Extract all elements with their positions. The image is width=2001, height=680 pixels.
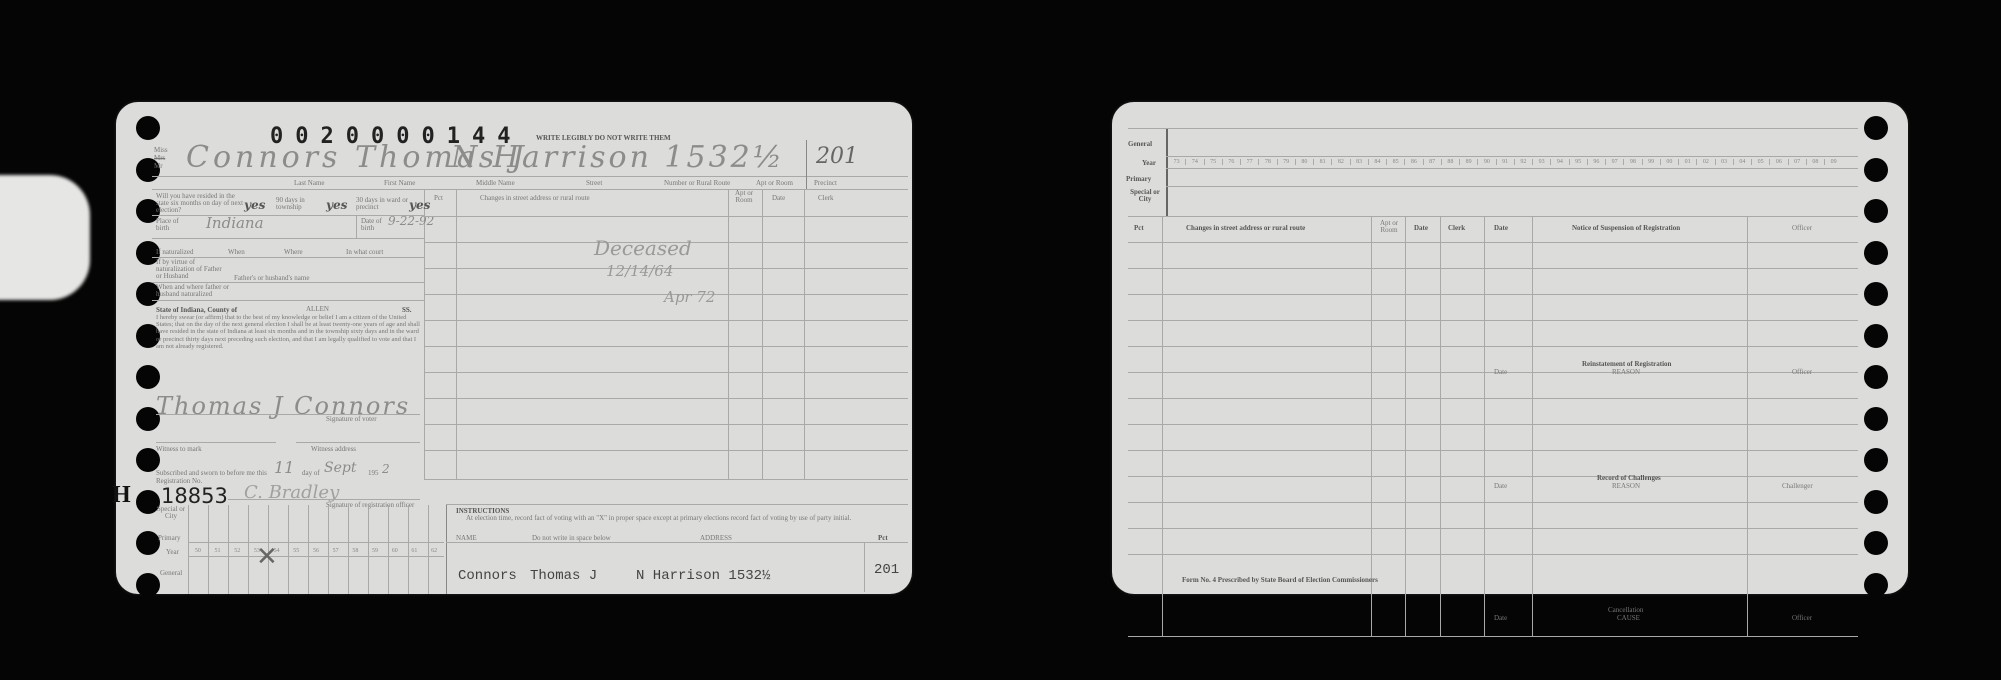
- year-cell: 00: [1661, 159, 1679, 165]
- year-cell: 56: [306, 548, 326, 554]
- punch-hole: [136, 116, 160, 140]
- punch-hole: [1864, 158, 1888, 182]
- year-cell: 89: [1460, 159, 1478, 165]
- year-cell: 93: [1533, 159, 1551, 165]
- naturalization-father-label: If by virtue of naturalization of Father…: [156, 259, 226, 280]
- oath-state-line: State of Indiana, County of: [156, 306, 237, 314]
- year-cell: 51: [208, 548, 228, 554]
- instructions-col-address: ADDRESS: [700, 534, 732, 542]
- punch-hole: [1864, 573, 1888, 597]
- year-cell: 82: [1332, 159, 1350, 165]
- naturalized-court-label: In what court: [346, 248, 383, 256]
- reinstatement-reason-label: REASON: [1612, 368, 1640, 376]
- year-cell: 75: [1205, 159, 1223, 165]
- suspension-date-label: Date: [1494, 224, 1508, 232]
- year-cell: 74: [1186, 159, 1204, 165]
- col-apt: Apt or Room: [756, 179, 793, 187]
- challenges-title: Record of Challenges: [1597, 474, 1661, 482]
- punch-hole: [1864, 324, 1888, 348]
- col-number: Number or Rural Route: [664, 179, 730, 187]
- address-handwritten: N Harrison 1532½: [451, 140, 785, 175]
- challenges-reason-label: REASON: [1612, 482, 1640, 490]
- subscribed-text: Subscribed and sworn to before me this: [156, 469, 267, 477]
- instructions-text: At election time, record fact of voting …: [466, 515, 886, 522]
- changes-col-pct: Pct: [434, 194, 443, 202]
- punch-hole: [1864, 531, 1888, 555]
- instructions-col-name: NAME: [456, 534, 477, 542]
- form-footer: Form No. 4 Prescribed by State Board of …: [1182, 576, 1378, 584]
- back-changes-col-pct: Pct: [1134, 224, 1144, 232]
- voter-registration-card-front: 0020000144 WRITE LEGIBLY DO NOT WRITE TH…: [116, 102, 912, 594]
- year-cell: 94: [1551, 159, 1569, 165]
- col-street: Street: [586, 179, 602, 187]
- year-cell: 85: [1387, 159, 1405, 165]
- officer-signature-label: Signature of registration officer: [326, 501, 414, 509]
- oath-county: ALLEN: [306, 305, 329, 313]
- naturalized-when-label: When: [228, 248, 245, 256]
- oath-ss: SS.: [402, 306, 412, 314]
- punch-hole: [136, 365, 160, 389]
- punch-hole: [1864, 365, 1888, 389]
- year-cell: 07: [1789, 159, 1807, 165]
- voter-registration-card-back: General Year Primary Special or City 737…: [1112, 102, 1908, 594]
- reinstatement-date-label: Date: [1494, 368, 1507, 376]
- prefix-mr: Mr: [154, 162, 168, 170]
- col-precinct: Precinct: [814, 179, 837, 187]
- punch-hole: [1864, 448, 1888, 472]
- punch-hole: [1864, 490, 1888, 514]
- papers-label: When and where father or husband natural…: [156, 284, 246, 298]
- grid-year-label: Year: [166, 548, 179, 556]
- back-changes-col-apt: Apt or Room: [1374, 220, 1404, 234]
- punch-hole: [1864, 407, 1888, 431]
- year-cell: 80: [1296, 159, 1314, 165]
- residence-q2-answer: yes: [326, 198, 347, 212]
- punch-hole: [1864, 614, 1888, 638]
- registration-letter: H: [112, 482, 131, 509]
- year-cell: 50: [188, 548, 208, 554]
- year-cell: 99: [1643, 159, 1661, 165]
- residence-q3-label: 30 days in ward or precinct: [356, 197, 411, 211]
- general-vote-mark: ✕: [256, 542, 278, 572]
- instructions-col-nowrite: Do not write in space below: [532, 534, 611, 542]
- prefix-miss: Miss: [154, 146, 168, 154]
- year-cell: 55: [286, 548, 306, 554]
- changes-entry-date: 12/14/64: [606, 262, 673, 280]
- father-husband-name-label: Father's or husband's name: [234, 274, 309, 282]
- residence-q3-answer: yes: [409, 198, 430, 212]
- year-cell: 09: [1825, 159, 1842, 165]
- place-of-birth-label: Place of birth: [156, 218, 186, 232]
- year-cell: 73: [1168, 159, 1186, 165]
- year-cell: 06: [1770, 159, 1788, 165]
- year-cell: 90: [1478, 159, 1496, 165]
- oath-text: I hereby swear (or affirm) that to the b…: [156, 314, 420, 350]
- grid-general-label: General: [160, 569, 182, 577]
- punch-hole: [136, 614, 160, 638]
- year-cell: 95: [1570, 159, 1588, 165]
- typed-address: N Harrison 1532½: [636, 568, 770, 584]
- changes-entry-deceased: Deceased: [594, 236, 692, 260]
- back-year-row: 7374757677787980818283848586878889909192…: [1168, 159, 1842, 165]
- year-cell: 97: [1606, 159, 1624, 165]
- cancellation-officer-label: Officer: [1792, 614, 1812, 622]
- year-cell: 96: [1588, 159, 1606, 165]
- subscribed-year-suffix: 2: [382, 462, 390, 476]
- punch-hole: [136, 573, 160, 597]
- place-of-birth-value: Indiana: [206, 214, 264, 232]
- subscribed-year-prefix: 195: [368, 469, 379, 477]
- year-cell: 78: [1259, 159, 1277, 165]
- year-cell: 02: [1697, 159, 1715, 165]
- witness-mark-label: Witness to mark: [156, 445, 202, 453]
- year-cell: 84: [1369, 159, 1387, 165]
- reinstatement-title: Reinstatement of Registration: [1582, 360, 1671, 368]
- punch-hole: [1864, 116, 1888, 140]
- typed-precinct: 201: [874, 562, 899, 578]
- grid-primary-label: Primary: [158, 534, 181, 542]
- year-cell: 05: [1752, 159, 1770, 165]
- suspension-officer-label: Officer: [1792, 224, 1812, 232]
- year-cell: 88: [1442, 159, 1460, 165]
- year-cell: 76: [1223, 159, 1241, 165]
- col-first-name: First Name: [384, 179, 415, 187]
- typed-last-name: Connors: [458, 568, 517, 584]
- back-changes-col-date: Date: [1414, 224, 1428, 232]
- punch-hole: [136, 531, 160, 555]
- year-cell: 04: [1734, 159, 1752, 165]
- punch-hole: [1864, 282, 1888, 306]
- year-cell: 03: [1716, 159, 1734, 165]
- title-prefix: Miss Mrs Mr: [154, 146, 168, 170]
- residence-q1-label: Will you have resided in the state six m…: [156, 193, 246, 214]
- cancellation-date-label: Date: [1494, 614, 1507, 622]
- changes-col-address: Changes in street address or rural route: [480, 194, 590, 202]
- back-grid-special-label: Special or City: [1128, 189, 1162, 203]
- front-year-row: 50515253545556575859606162: [188, 548, 444, 554]
- year-cell: 01: [1679, 159, 1697, 165]
- witness-address-label: Witness address: [311, 445, 356, 453]
- year-cell: 83: [1351, 159, 1369, 165]
- naturalized-where-label: Where: [284, 248, 303, 256]
- back-changes-col-address: Changes in street address or rural route: [1186, 224, 1305, 232]
- changes-col-date: Date: [772, 194, 785, 202]
- year-cell: 81: [1314, 159, 1332, 165]
- adjacent-card-edge: [0, 175, 90, 300]
- back-grid-year-label: Year: [1142, 159, 1156, 167]
- changes-col-clerk: Clerk: [818, 194, 834, 202]
- challenges-challenger-label: Challenger: [1782, 482, 1813, 490]
- naturalized-label: If naturalized: [156, 248, 194, 256]
- changes-col-apt: Apt or Room: [731, 190, 757, 204]
- subscribed-month: Sept: [324, 460, 356, 476]
- grid-special-label: Special or City: [156, 506, 186, 520]
- challenges-date-label: Date: [1494, 482, 1507, 490]
- instructions-col-pct: Pct: [878, 534, 888, 542]
- year-cell: 08: [1807, 159, 1825, 165]
- residence-q2-label: 90 days in township: [276, 197, 326, 211]
- voter-signature-label: Signature of voter: [326, 415, 377, 423]
- residence-q1-answer: yes: [244, 198, 265, 212]
- subscribed-day-of: day of: [302, 469, 320, 477]
- cancellation-title: Cancellation: [1608, 606, 1643, 614]
- suspension-title: Notice of Suspension of Registration: [1572, 224, 1680, 232]
- subscribed-day: 11: [274, 458, 294, 477]
- year-cell: 87: [1424, 159, 1442, 165]
- back-grid-primary-label: Primary: [1126, 175, 1151, 183]
- reinstatement-officer-label: Officer: [1792, 368, 1812, 376]
- year-cell: 98: [1624, 159, 1642, 165]
- col-last-name: Last Name: [294, 179, 325, 187]
- year-cell: 86: [1405, 159, 1423, 165]
- punch-holes: [1864, 116, 1888, 638]
- date-of-birth-label: Date of birth: [361, 218, 391, 232]
- year-cell: 91: [1497, 159, 1515, 165]
- year-cell: 92: [1515, 159, 1533, 165]
- precinct-handwritten: 201: [816, 144, 858, 169]
- year-cell: 77: [1241, 159, 1259, 165]
- back-changes-col-clerk: Clerk: [1448, 224, 1465, 232]
- typed-first-name: Thomas J: [530, 568, 597, 584]
- year-cell: 52: [227, 548, 247, 554]
- cancellation-cause-label: CAUSE: [1617, 614, 1640, 622]
- back-grid-general-label: General: [1128, 140, 1152, 148]
- punch-hole: [1864, 199, 1888, 223]
- punch-hole: [1864, 241, 1888, 265]
- year-cell: 79: [1278, 159, 1296, 165]
- changes-entry-apr72: Apr 72: [664, 288, 715, 306]
- prefix-mrs: Mrs: [154, 154, 168, 162]
- col-middle-name: Middle Name: [476, 179, 515, 187]
